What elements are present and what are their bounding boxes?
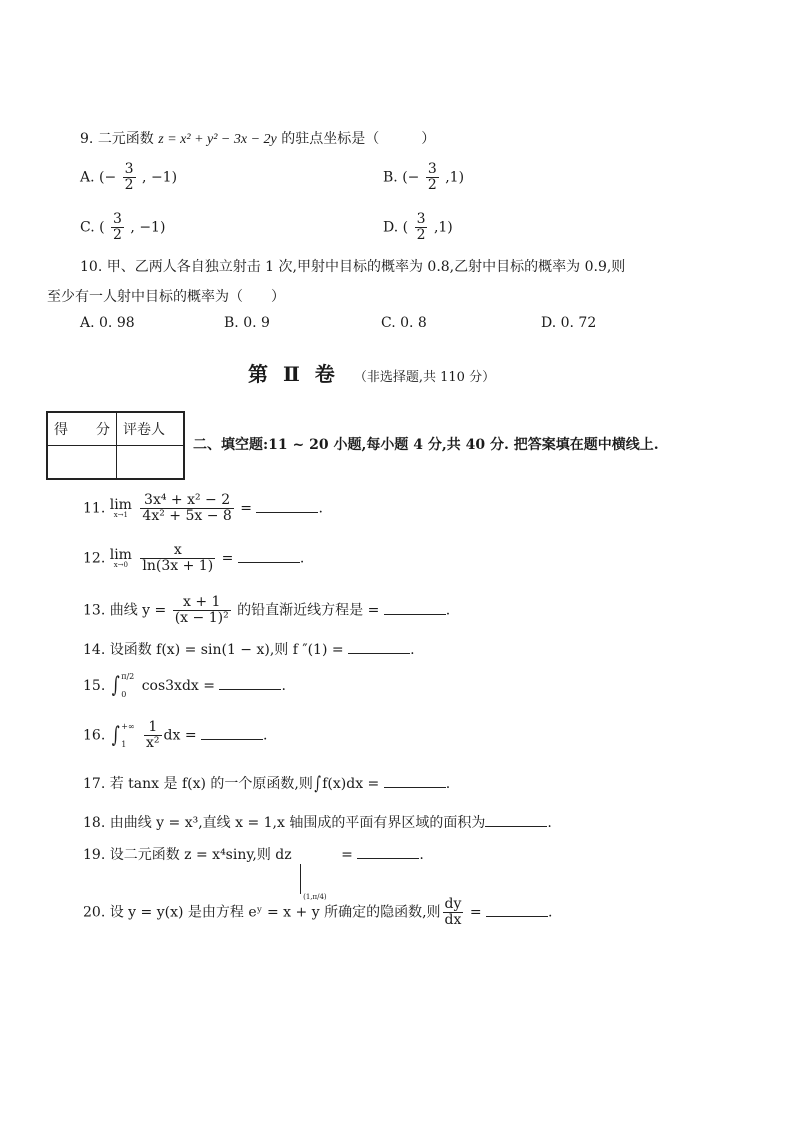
numerator: 3 (111, 212, 124, 228)
equals: = (185, 728, 197, 744)
q9-option-d[interactable]: D. ( 32 ,1) (383, 212, 453, 243)
denominator: (x − 1)² (173, 611, 231, 626)
section-header: 第 Ⅱ 卷 （非选择题,共 110 分） (248, 358, 495, 387)
section-subtitle: （非选择题,共 110 分） (354, 370, 495, 385)
lower-limit: 1 (121, 740, 134, 750)
q14-number: 14. (83, 642, 105, 658)
q18-text: 由曲线 y = x³,直线 x = 1,x 轴围成的平面有界区域的面积为 (110, 815, 486, 831)
limit: limx→0 (110, 549, 132, 569)
evaluation-bar: (1,π/4) (300, 864, 327, 894)
denominator: 2 (415, 228, 428, 243)
fraction: dydx (443, 897, 464, 928)
option-sign: (− (402, 170, 419, 186)
q20-text: 设 y = y(x) 是由方程 eʸ = x + y 所确定的隐函数,则 (110, 905, 441, 921)
numerator: 3 (426, 162, 439, 178)
denominator: x² (144, 736, 162, 751)
option-label: D. (383, 220, 398, 236)
numerator: 1 (144, 720, 162, 736)
q20: 20. 设 y = y(x) 是由方程 eʸ = x + y 所确定的隐函数,则… (83, 897, 553, 928)
answer-blank[interactable] (485, 814, 547, 827)
option-rest: ,1) (445, 170, 464, 186)
integral-limits: +∞1 (121, 722, 134, 750)
score-cell[interactable] (47, 446, 117, 480)
lower-limit: 0 (121, 690, 134, 700)
fraction: x + 1(x − 1)² (173, 595, 231, 626)
answer-blank[interactable] (256, 500, 318, 513)
q10-option-c[interactable]: C. 0. 8 (381, 315, 427, 331)
fraction: 32 (415, 212, 428, 243)
fraction: 32 (111, 212, 124, 243)
q18: 18. 由曲线 y = x³,直线 x = 1,x 轴围成的平面有界区域的面积为… (83, 814, 552, 832)
limit: limx→1 (110, 499, 132, 519)
option-rest: , −1) (130, 220, 165, 236)
q16: 16. ∫+∞1 1x²dx = . (83, 720, 267, 751)
equals: = (222, 551, 234, 567)
q13-prefix: 曲线 y = (110, 603, 167, 619)
integral-sign: ∫ (314, 775, 321, 793)
upper-limit: +∞ (121, 722, 134, 732)
q15-number: 15. (83, 678, 105, 694)
q9-number: 9. (80, 131, 93, 147)
equals: = (341, 847, 353, 863)
section-title: 第 Ⅱ 卷 (248, 362, 339, 386)
option-label: A. (80, 170, 95, 186)
option-rest: , −1) (142, 170, 177, 186)
q9-stem: 9. 二元函数 z = x² + y² − 3x − 2y 的驻点坐标是（ ） (80, 130, 435, 149)
grader-cell[interactable] (117, 446, 185, 480)
denominator: 4x² + 5x − 8 (140, 509, 233, 524)
q10-line1: 10. 甲、乙两人各自独立射击 1 次,甲射中目标的概率为 0.8,乙射中目标的… (80, 258, 625, 276)
option-sign: ( (99, 220, 104, 236)
q13: 13. 曲线 y = x + 1(x − 1)² 的铅直渐近线方程是 = . (83, 595, 450, 626)
answer-blank[interactable] (238, 550, 300, 563)
q10-option-d[interactable]: D. 0. 72 (541, 315, 596, 331)
integral-sign: ∫ (111, 677, 119, 695)
q11: 11. limx→1 3x⁴ + x² − 24x² + 5x − 8 = . (83, 493, 323, 524)
q13-number: 13. (83, 603, 105, 619)
q14-text: 设函数 f(x) = sin(1 − x),则 f ″(1) = (110, 642, 344, 658)
q19: 19. 设二元函数 z = x⁴siny,则 dz (1,π/4) = . (83, 846, 424, 894)
option-label: C. (80, 220, 95, 236)
denominator: 2 (426, 178, 439, 193)
q18-number: 18. (83, 815, 105, 831)
numerator: dy (443, 897, 464, 913)
upper-limit: π/2 (121, 672, 134, 682)
q12: 12. limx→0 xln(3x + 1) = . (83, 543, 304, 574)
option-label: B. (383, 170, 398, 186)
q10-option-a[interactable]: A. 0. 98 (80, 315, 135, 331)
answer-blank[interactable] (219, 677, 281, 690)
part2-heading: 二、填空题:11 ~ 20 小题,每小题 4 分,共 40 分. 把答案填在题中… (193, 434, 659, 454)
fraction: 3x⁴ + x² − 24x² + 5x − 8 (140, 493, 233, 524)
score-header: 得 分 (47, 412, 117, 446)
denominator: 2 (123, 178, 136, 193)
q9-option-b[interactable]: B. (− 32 ,1) (383, 162, 464, 193)
answer-blank[interactable] (384, 775, 446, 788)
grader-header: 评卷人 (117, 412, 185, 446)
denominator: dx (443, 913, 464, 928)
q17-text-b: f(x)dx = (322, 776, 379, 792)
equals: = (203, 678, 215, 694)
q9-prefix: 二元函数 (98, 131, 154, 147)
answer-blank[interactable] (486, 904, 548, 917)
q11-number: 11. (83, 501, 105, 517)
q13-suffix: 的铅直渐近线方程是 = (237, 603, 379, 619)
q20-number: 20. (83, 905, 105, 921)
fraction: 32 (426, 162, 439, 193)
numerator: 3 (123, 162, 136, 178)
answer-blank[interactable] (348, 641, 410, 654)
differential: dx (164, 728, 181, 744)
q17-number: 17. (83, 776, 105, 792)
option-rest: ,1) (434, 220, 453, 236)
numerator: 3 (415, 212, 428, 228)
option-sign: (− (99, 170, 116, 186)
numerator: x (140, 543, 215, 559)
q17-text-a: 若 tanx 是 f(x) 的一个原函数,则 (110, 776, 313, 792)
q9-suffix: 的驻点坐标是（ ） (281, 131, 435, 147)
fraction: xln(3x + 1) (140, 543, 215, 574)
numerator: x + 1 (173, 595, 231, 611)
q9-formula: z = x² + y² − 3x − 2y (158, 132, 277, 147)
q10-option-b[interactable]: B. 0. 9 (224, 315, 270, 331)
integral-limits: π/20 (121, 672, 134, 700)
integral-sign: ∫ (111, 727, 119, 745)
q19-text: 设二元函数 z = x⁴siny,则 dz (110, 847, 292, 863)
fraction: 1x² (144, 720, 162, 751)
score-box: 得 分 评卷人 (46, 411, 185, 480)
q12-number: 12. (83, 551, 105, 567)
denominator: ln(3x + 1) (140, 559, 215, 574)
answer-blank[interactable] (384, 602, 446, 615)
numerator: 3x⁴ + x² − 2 (140, 493, 233, 509)
q10-line2: 至少有一人射中目标的概率为（ ） (47, 288, 285, 306)
q19-number: 19. (83, 847, 105, 863)
q15: 15. ∫π/20 cos3xdx = . (83, 672, 286, 700)
q14: 14. 设函数 f(x) = sin(1 − x),则 f ″(1) = . (83, 641, 415, 659)
q17: 17. 若 tanx 是 f(x) 的一个原函数,则∫f(x)dx = . (83, 775, 450, 793)
integrand: cos3xdx (142, 678, 199, 694)
q16-number: 16. (83, 728, 105, 744)
q9-option-c[interactable]: C. ( 32 , −1) (80, 212, 165, 243)
denominator: 2 (111, 228, 124, 243)
q9-option-a[interactable]: A. (− 32 , −1) (80, 162, 177, 193)
equals: = (470, 905, 482, 921)
answer-blank[interactable] (201, 727, 263, 740)
option-sign: ( (403, 220, 408, 236)
fraction: 32 (123, 162, 136, 193)
equals: = (240, 501, 252, 517)
answer-blank[interactable] (357, 846, 419, 859)
